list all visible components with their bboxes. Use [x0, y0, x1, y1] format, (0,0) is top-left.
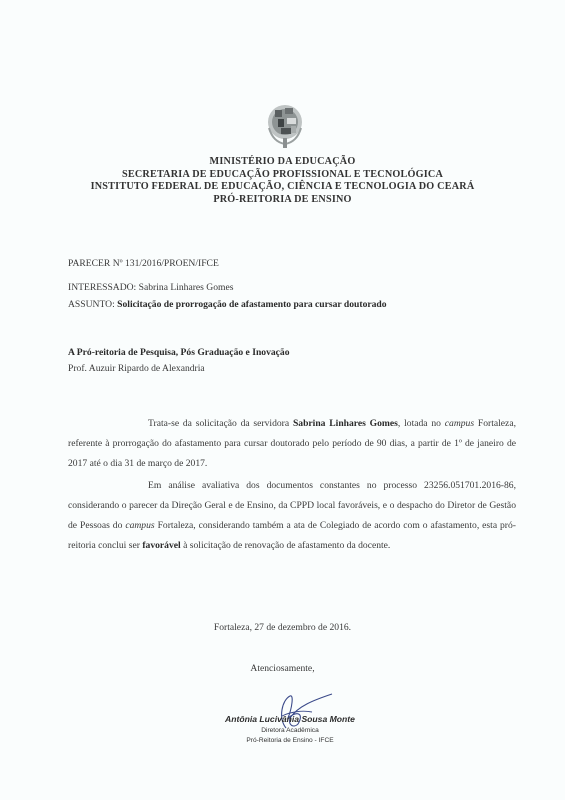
letterhead-line: SECRETARIA DE EDUCAÇÃO PROFISSIONAL E TE… [0, 169, 565, 182]
text: , lotada no [398, 418, 445, 429]
body-paragraph-1: Trata-se da solicitação da servidora Sab… [68, 414, 516, 474]
brazil-coat-of-arms-icon [263, 98, 307, 150]
reference-number: PARECER Nº 131/2016/PROEN/IFCE [68, 258, 219, 269]
assunto-label: ASSUNTO: [68, 299, 115, 310]
letterhead-line: PRÓ-REITORIA DE ENSINO [0, 194, 565, 207]
favoravel: favorável [142, 540, 180, 551]
signatory-office: Pró-Reitoria de Ensino - IFCE [200, 736, 380, 746]
text: Trata-se da solicitação da servidora [148, 418, 293, 429]
interessado-label: INTERESSADO: [68, 282, 136, 293]
text: campus [445, 418, 474, 429]
letterhead-line: INSTITUTO FEDERAL DE EDUCAÇÃO, CIÊNCIA E… [0, 181, 565, 194]
interessado-value: Sabrina Linhares Gomes [139, 282, 234, 293]
signatory: Antônia Lucivânia Sousa Monte Diretora A… [200, 714, 380, 746]
letterhead: MINISTÉRIO DA EDUCAÇÃO SECRETARIA DE EDU… [0, 156, 565, 206]
interessado-line: INTERESSADO: Sabrina Linhares Gomes [68, 282, 234, 293]
body-paragraph-2: Em análise avaliativa dos documentos con… [68, 476, 516, 556]
servidora-name: Sabrina Linhares Gomes [293, 418, 398, 429]
closing: Atenciosamente, [0, 663, 565, 674]
addressee-office: A Pró-reitoria de Pesquisa, Pós Graduaçã… [68, 347, 290, 358]
signatory-name: Antônia Lucivânia Sousa Monte [200, 714, 380, 724]
document-page: MINISTÉRIO DA EDUCAÇÃO SECRETARIA DE EDU… [0, 0, 565, 800]
assunto-value: Solicitação de prorrogação de afastament… [117, 299, 386, 310]
letterhead-line: MINISTÉRIO DA EDUCAÇÃO [0, 156, 565, 169]
addressee-name: Prof. Auzuir Ripardo de Alexandria [68, 363, 205, 374]
text: campus [125, 520, 154, 531]
place-date: Fortaleza, 27 de dezembro de 2016. [0, 622, 565, 633]
assunto-line: ASSUNTO: Solicitação de prorrogação de a… [68, 299, 387, 310]
text: à solicitação de renovação de afastament… [181, 540, 391, 551]
signatory-title: Diretora Acadêmica [200, 726, 380, 736]
